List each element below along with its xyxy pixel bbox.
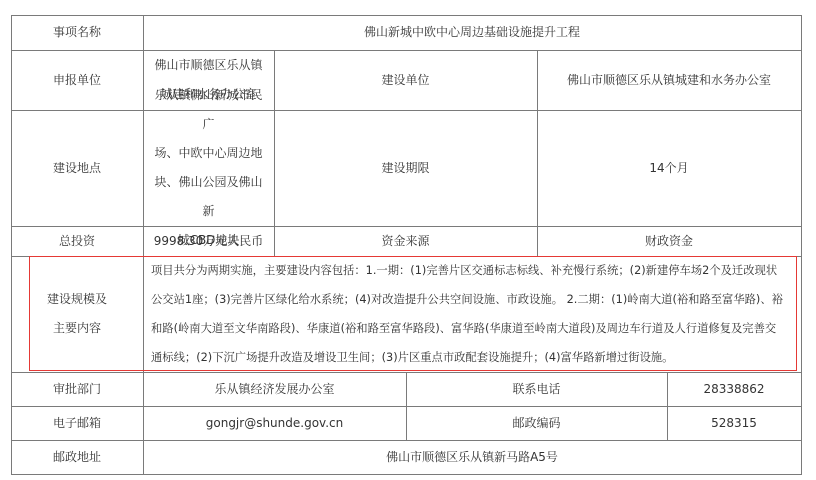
scope-content: 项目共分为两期实施，主要建设内容包括：1.一期：(1)完善片区交通标志标线、补充… (143, 256, 801, 372)
approval-label: 审批部门 (11, 372, 143, 406)
funding-value: 财政资金 (537, 226, 801, 256)
location-value-line: 块、佛山公园及佛山新 (149, 168, 268, 226)
location-label: 建设地点 (11, 110, 143, 226)
builder-value: 佛山市顺德区乐从镇城建和水务办公室 (537, 50, 801, 110)
email-value: gongjr@shunde.gov.cn (143, 406, 406, 440)
scope-label-line: 建设规模及 (47, 285, 107, 314)
applicant-value-line: 佛山市顺德区乐从镇 (154, 51, 262, 80)
phone-label: 联系电话 (406, 372, 667, 406)
scope-label: 建设规模及 主要内容 (11, 256, 143, 372)
scope-line: 公交站1座；(3)完善片区绿化给水系统；(4)对改造提升公共空间设施、市政设施。… (151, 285, 783, 314)
address-label: 邮政地址 (11, 440, 143, 474)
project-name-label: 事项名称 (11, 15, 143, 50)
approval-value: 乐从镇经济发展办公室 (143, 372, 406, 406)
row-divider (11, 474, 801, 475)
project-name-value: 佛山新城中欧中心周边基础设施提升工程 (143, 15, 801, 50)
location-value-line: 场、中欧中心周边地 (154, 139, 262, 168)
location-value: 乐从镇佛山新城市民广 场、中欧中心周边地 块、佛山公园及佛山新 城CBD地块 (143, 110, 274, 226)
col-divider (801, 15, 802, 475)
investment-value: 9998.30万元人民币 (143, 226, 274, 256)
phone-value: 28338862 (667, 372, 801, 406)
scope-line: 和路(岭南大道至文华南路段)、华康道(裕和路至富华路段)、富华路(华康道至岭南大… (151, 314, 776, 343)
scope-line: 项目共分为两期实施，主要建设内容包括：1.一期：(1)完善片区交通标志标线、补充… (151, 256, 777, 285)
location-value-line: 乐从镇佛山新城市民广 (149, 81, 268, 139)
period-value: 14个月 (537, 110, 801, 226)
funding-label: 资金来源 (274, 226, 537, 256)
email-label: 电子邮箱 (11, 406, 143, 440)
investment-label: 总投资 (11, 226, 143, 256)
applicant-label: 申报单位 (11, 50, 143, 110)
postcode-label: 邮政编码 (406, 406, 667, 440)
builder-label: 建设单位 (274, 50, 537, 110)
scope-label-line: 主要内容 (53, 314, 101, 343)
period-label: 建设期限 (274, 110, 537, 226)
scope-line: 通标线；(2)下沉广场提升改造及增设卫生间；(3)片区重点市政配套设施提升；(4… (151, 343, 673, 372)
postcode-value: 528315 (667, 406, 801, 440)
address-value: 佛山市顺德区乐从镇新马路A5号 (143, 440, 801, 474)
